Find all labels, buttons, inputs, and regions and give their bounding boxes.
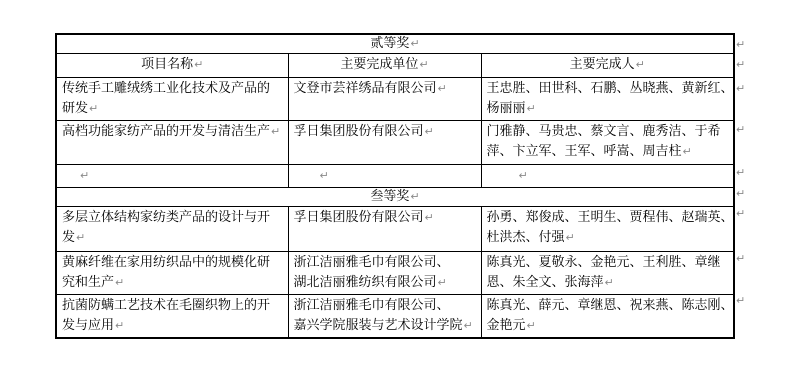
table-row-second-prize-title: 贰等奖↵ <box>56 34 734 53</box>
table-row: 传统手工雕绒绣工业化技术及产品的 研发↵ 文登市芸祥绣品有限公司↵ 王忠胜、田世… <box>56 77 734 120</box>
row-end-mark-icon: ↵ <box>736 253 745 264</box>
third-prize-title: 叁等奖 <box>370 189 409 204</box>
paragraph-mark-icon: ↵ <box>424 125 434 138</box>
paragraph-mark-icon: ↵ <box>463 319 473 332</box>
paragraph-mark-icon: ↵ <box>114 276 124 289</box>
people-text: 孙勇、郑俊成、王明生、贾程伟、赵瑞英、 杜洪杰、付强 <box>487 210 734 245</box>
cell-people[interactable]: 陈真光、夏敬永、金艳元、王利胜、章继 恩、朱全文、张海萍↵ <box>481 251 734 294</box>
project-text: 高档功能家纺产品的开发与清洁生产 <box>62 124 270 139</box>
cell-org[interactable]: 浙江洁丽雅毛巾有限公司、 湖北洁丽雅纺织有限公司↵ <box>288 251 481 294</box>
table-row: 黄麻纤维在家用纺织品中的规模化研 究和生产↵ 浙江洁丽雅毛巾有限公司、 湖北洁丽… <box>56 251 734 294</box>
paragraph-mark-icon: ↵ <box>682 145 692 158</box>
paragraph-mark-icon: ↵ <box>270 125 280 138</box>
row-end-mark-icon: ↵ <box>736 188 745 199</box>
column-header-people[interactable]: 主要完成人↵ <box>481 53 734 77</box>
document-page[interactable]: 贰等奖↵ 项目名称↵ 主要完成单位↵ 主要完成人↵ 传统手工雕绒绣工业化技术及产… <box>0 0 786 367</box>
cell-org[interactable]: 浙江洁丽雅毛巾有限公司、 嘉兴学院服装与艺术设计学院↵ <box>288 294 481 338</box>
cell-people[interactable]: 门雅静、马贵忠、蔡文言、鹿秀洁、于希 萍、卞立军、王军、呼嵩、周吉柱↵ <box>481 120 734 164</box>
column-header-org[interactable]: 主要完成单位↵ <box>288 53 481 77</box>
people-text: 陈真光、薛元、章继恩、祝来燕、陈志刚、 金艳元 <box>487 298 734 333</box>
paragraph-mark-icon: ↵ <box>518 169 528 182</box>
cell-people[interactable]: 陈真光、薛元、章继恩、祝来燕、陈志刚、 金艳元↵ <box>481 294 734 338</box>
paragraph-mark-icon: ↵ <box>437 276 447 289</box>
project-text: 抗菌防螨工艺技术在毛圈织物上的开 发与应用 <box>62 298 270 333</box>
second-prize-title: 贰等奖 <box>370 36 409 51</box>
org-text: 孚日集团股份有限公司 <box>294 124 424 139</box>
third-prize-title-cell[interactable]: 叁等奖↵ <box>56 187 734 206</box>
paragraph-mark-icon: ↵ <box>409 190 419 203</box>
paragraph-mark-icon: ↵ <box>79 169 89 182</box>
paragraph-mark-icon: ↵ <box>114 319 124 332</box>
row-end-mark-icon: ↵ <box>736 208 745 219</box>
cell-empty[interactable]: ↵ <box>481 164 734 187</box>
paragraph-mark-icon: ↵ <box>526 319 536 332</box>
paragraph-mark-icon: ↵ <box>424 211 434 224</box>
cell-project[interactable]: 传统手工雕绒绣工业化技术及产品的 研发↵ <box>56 77 288 120</box>
cell-org[interactable]: 孚日集团股份有限公司↵ <box>288 206 481 251</box>
paragraph-mark-icon: ↵ <box>437 82 447 95</box>
cell-empty[interactable]: ↵ <box>56 164 288 187</box>
org-text: 文登市芸祥绣品有限公司 <box>294 81 437 96</box>
cell-org[interactable]: 孚日集团股份有限公司↵ <box>288 120 481 164</box>
paragraph-mark-icon: ↵ <box>193 58 203 71</box>
table-row-third-prize-title: 叁等奖↵ <box>56 187 734 206</box>
cell-project[interactable]: 高档功能家纺产品的开发与清洁生产↵ <box>56 120 288 164</box>
row-end-mark-icon: ↵ <box>736 59 745 70</box>
project-text: 多层立体结构家纺类产品的设计与开 发 <box>62 210 270 245</box>
paragraph-mark-icon: ↵ <box>88 102 98 115</box>
cell-people[interactable]: 王忠胜、田世科、石鹏、丛晓燕、黄新红、 杨丽丽↵ <box>481 77 734 120</box>
column-header-project[interactable]: 项目名称↵ <box>56 53 288 77</box>
cell-people[interactable]: 孙勇、郑俊成、王明生、贾程伟、赵瑞英、 杜洪杰、付强↵ <box>481 206 734 251</box>
org-text: 孚日集团股份有限公司 <box>294 210 424 225</box>
cell-project[interactable]: 黄麻纤维在家用纺织品中的规模化研 究和生产↵ <box>56 251 288 294</box>
paragraph-mark-icon: ↵ <box>604 276 614 289</box>
row-end-mark-icon: ↵ <box>736 83 745 94</box>
table-row-empty: ↵ ↵ ↵ <box>56 164 734 187</box>
cell-empty[interactable]: ↵ <box>288 164 481 187</box>
paragraph-mark-icon: ↵ <box>526 102 536 115</box>
table-row: 抗菌防螨工艺技术在毛圈织物上的开 发与应用↵ 浙江洁丽雅毛巾有限公司、 嘉兴学院… <box>56 294 734 338</box>
table-header-row: 项目名称↵ 主要完成单位↵ 主要完成人↵ <box>56 53 734 77</box>
second-prize-title-cell[interactable]: 贰等奖↵ <box>56 34 734 53</box>
people-text: 王忠胜、田世科、石鹏、丛晓燕、黄新红、 杨丽丽 <box>487 81 734 116</box>
paragraph-mark-icon: ↵ <box>418 58 428 71</box>
paragraph-mark-icon: ↵ <box>565 231 575 244</box>
cell-project[interactable]: 抗菌防螨工艺技术在毛圈织物上的开 发与应用↵ <box>56 294 288 338</box>
paragraph-mark-icon: ↵ <box>75 231 85 244</box>
paragraph-mark-icon: ↵ <box>409 37 419 50</box>
row-end-mark-icon: ↵ <box>736 124 745 135</box>
org-text: 浙江洁丽雅毛巾有限公司、 嘉兴学院服装与艺术设计学院 <box>294 298 463 333</box>
paragraph-mark-icon: ↵ <box>319 169 329 182</box>
row-end-mark-icon: ↵ <box>736 295 745 306</box>
cell-project[interactable]: 多层立体结构家纺类产品的设计与开 发↵ <box>56 206 288 251</box>
paragraph-mark-icon: ↵ <box>635 58 645 71</box>
row-end-mark-icon: ↵ <box>736 167 745 178</box>
org-text: 浙江洁丽雅毛巾有限公司、 湖北洁丽雅纺织有限公司 <box>294 255 450 290</box>
project-text: 黄麻纤维在家用纺织品中的规模化研 究和生产 <box>62 255 270 290</box>
table-row: 高档功能家纺产品的开发与清洁生产↵ 孚日集团股份有限公司↵ 门雅静、马贵忠、蔡文… <box>56 120 734 164</box>
cell-org[interactable]: 文登市芸祥绣品有限公司↵ <box>288 77 481 120</box>
column-header-project-label: 项目名称 <box>141 57 193 72</box>
row-end-mark-icon: ↵ <box>736 39 745 50</box>
table-row: 多层立体结构家纺类产品的设计与开 发↵ 孚日集团股份有限公司↵ 孙勇、郑俊成、王… <box>56 206 734 251</box>
awards-table: 贰等奖↵ 项目名称↵ 主要完成单位↵ 主要完成人↵ 传统手工雕绒绣工业化技术及产… <box>55 33 735 339</box>
column-header-org-label: 主要完成单位 <box>340 57 418 72</box>
column-header-people-label: 主要完成人 <box>570 57 635 72</box>
